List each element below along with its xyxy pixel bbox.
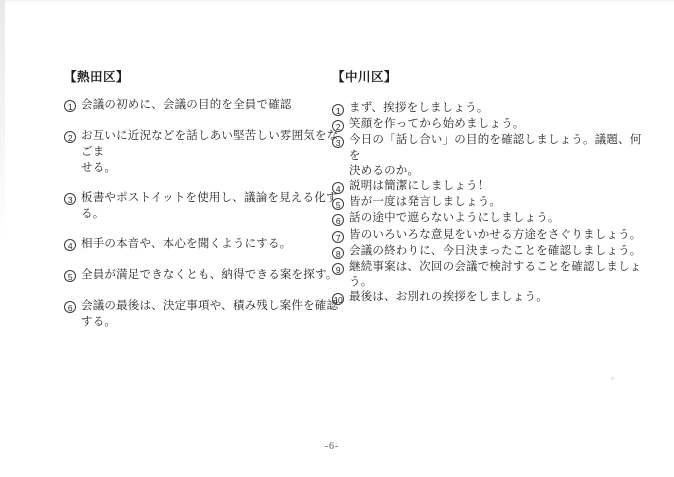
item-text: 笑顔を作ってから始めましょう。 — [349, 117, 525, 132]
circled-number: 8 — [332, 244, 349, 260]
list-item: 2 笑顔を作ってから始めましょう。 — [332, 117, 644, 133]
list-item: 4 説明は簡潔にしましょう！ — [332, 179, 644, 195]
item-text: 相手の本音や、本心を聞くようにする。 — [81, 236, 291, 252]
circled-number: 2 — [332, 117, 349, 133]
circled-number: 9 — [332, 260, 349, 276]
scan-edge-artifact — [0, 0, 674, 3]
list-item: 6 会議の最後は、決定事項や、積み残し案件を確認する。 — [64, 298, 346, 330]
circled-number: 5 — [64, 267, 81, 284]
item-text: 説明は簡潔にしましょう！ — [349, 179, 489, 194]
item-text: 継続事案は、次回の会議で検討することを確認しましょ う。 — [349, 260, 642, 290]
rule-list: 1 会議の初めに、会議の目的を全員で確認 2 お互いに近況などを話しあい堅苦しい… — [64, 97, 346, 330]
list-item: 6 話の途中で遮らないようにしましょう。 — [332, 211, 644, 227]
item-text: 皆が一度は発言しましょう。 — [349, 195, 501, 210]
item-text: 全員が満足できなくとも、納得できる案を探す。 — [81, 267, 337, 283]
item-text: 会議の初めに、会議の目的を全員で確認 — [81, 97, 292, 113]
section-nakagawa-ward: 【中川区】 1 まず、挨拶をしましょう。 2 笑顔を作ってから始めましょう。 3… — [332, 70, 644, 307]
item-text: 会議の最後は、決定事項や、積み残し案件を確認する。 — [81, 298, 346, 330]
item-text: 最後は、お別れの挨拶をしましょう。 — [349, 290, 548, 305]
circled-number: 1 — [332, 101, 349, 117]
section-heading: 【熱田区】 — [64, 70, 346, 84]
list-item: 5 皆が一度は発言しましょう。 — [332, 195, 644, 211]
circled-number: 3 — [332, 133, 349, 149]
list-item: 5 全員が満足できなくとも、納得できる案を探す。 — [64, 267, 346, 284]
item-text: お互いに近況などを話しあい堅苦しい雰囲気をなごま せる。 — [81, 128, 346, 176]
list-item: 9 継続事案は、次回の会議で検討することを確認しましょ う。 — [332, 260, 644, 290]
document-page: 【熱田区】 1 会議の初めに、会議の目的を全員で確認 2 お互いに近況などを話し… — [0, 0, 674, 477]
circled-number: 4 — [332, 179, 349, 195]
section-atsuta-ward: 【熱田区】 1 会議の初めに、会議の目的を全員で確認 2 お互いに近況などを話し… — [64, 70, 346, 344]
circled-number: 6 — [332, 211, 349, 227]
rule-list: 1 まず、挨拶をしましょう。 2 笑顔を作ってから始めましょう。 3 今日の「話… — [332, 101, 644, 307]
item-text: 今日の「話し合い」の目的を確認しましょう。議題、何を 決めるのか。 — [349, 133, 644, 179]
item-text: 皆のいろいろな意見をいかせる方途をさぐりましょう。 — [349, 228, 642, 243]
item-text: まず、挨拶をしましょう。 — [349, 101, 488, 116]
circled-number: 1 — [64, 97, 81, 114]
circled-number: 3 — [64, 190, 81, 207]
list-item: 8 会議の終わりに、今日決まったことを確認しましょう。 — [332, 244, 644, 260]
circled-number: 2 — [64, 128, 81, 145]
list-item: 1 まず、挨拶をしましょう。 — [332, 101, 644, 117]
item-text: 会議の終わりに、今日決まったことを確認しましょう。 — [349, 244, 642, 259]
circled-number: 7 — [332, 228, 349, 244]
list-item: 2 お互いに近況などを話しあい堅苦しい雰囲気をなごま せる。 — [64, 128, 346, 176]
page-number: -6- — [0, 441, 664, 452]
section-heading: 【中川区】 — [332, 70, 644, 84]
item-text: 話の途中で遮らないようにしましょう。 — [349, 211, 560, 226]
list-item: 10 最後は、お別れの挨拶をしましょう。 — [332, 290, 644, 306]
circled-number: 5 — [332, 195, 349, 211]
list-item: 7 皆のいろいろな意見をいかせる方途をさぐりましょう。 — [332, 228, 644, 244]
item-text: 板書やポストイットを使用し、議論を見える化する。 — [81, 190, 346, 222]
scan-speck-artifact — [611, 377, 614, 380]
circled-number: 6 — [64, 298, 81, 315]
circled-number: 10 — [332, 290, 349, 306]
list-item: 3 今日の「話し合い」の目的を確認しましょう。議題、何を 決めるのか。 — [332, 133, 644, 179]
list-item: 1 会議の初めに、会議の目的を全員で確認 — [64, 97, 346, 114]
list-item: 4 相手の本音や、本心を聞くようにする。 — [64, 236, 346, 253]
list-item: 3 板書やポストイットを使用し、議論を見える化する。 — [64, 190, 346, 222]
circled-number: 4 — [64, 236, 81, 253]
scan-edge-artifact — [0, 0, 5, 240]
